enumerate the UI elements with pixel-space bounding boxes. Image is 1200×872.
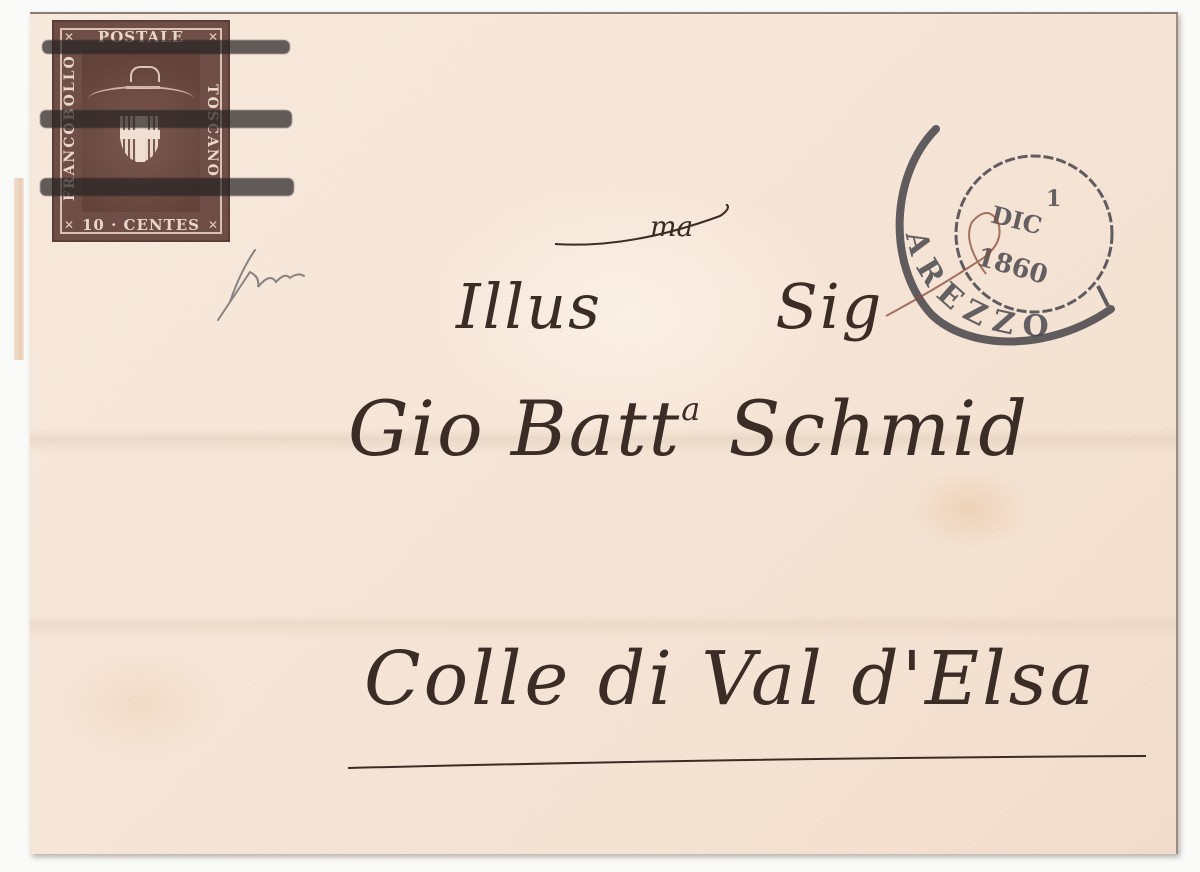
address-destination: Colle di Val d'Elsa (364, 636, 1097, 722)
postmark-day: 1 (1046, 186, 1061, 212)
salutation-second: Sig (775, 270, 883, 343)
recipient-given-name: Gio Batt (348, 384, 681, 473)
stamp-corner-ornament-icon: ✕ (206, 218, 220, 232)
postmark-rings-icon: 1 DIC 1860 A R E Z Z O (876, 114, 1146, 354)
recipient-surname: Schmid (728, 384, 1029, 473)
pencil-scribble-icon (210, 242, 320, 332)
address-prefix: ma (650, 210, 693, 243)
letter-cover: ✕ ✕ ✕ ✕ POSTALE FRANCOBOLLO TOSCANO 10 ·… (30, 12, 1178, 854)
cancellation-bar (42, 40, 290, 54)
recipient-superscript: a (681, 390, 702, 428)
mantle-drape (88, 86, 194, 112)
address-recipient: Gio Batta Schmid (348, 384, 1029, 473)
pencil-annotation (210, 242, 320, 332)
stamp-value-text: 10 · CENTES (80, 216, 202, 234)
address-salutation: Illus Sig (456, 270, 883, 343)
svg-text:1860: 1860 (973, 242, 1051, 291)
cancellation-bar (40, 178, 294, 196)
salutation-main: Illus (456, 270, 602, 343)
cancellation-bar (40, 110, 292, 128)
flourish-stroke (550, 204, 740, 254)
stamp-corner-ornament-icon: ✕ (62, 218, 76, 232)
address-underline (348, 754, 1148, 770)
envelope-back-flap-edge (14, 178, 24, 360)
date-postmark: 1 DIC 1860 A R E Z Z O (876, 114, 1146, 354)
cross-horizontal (120, 130, 160, 139)
